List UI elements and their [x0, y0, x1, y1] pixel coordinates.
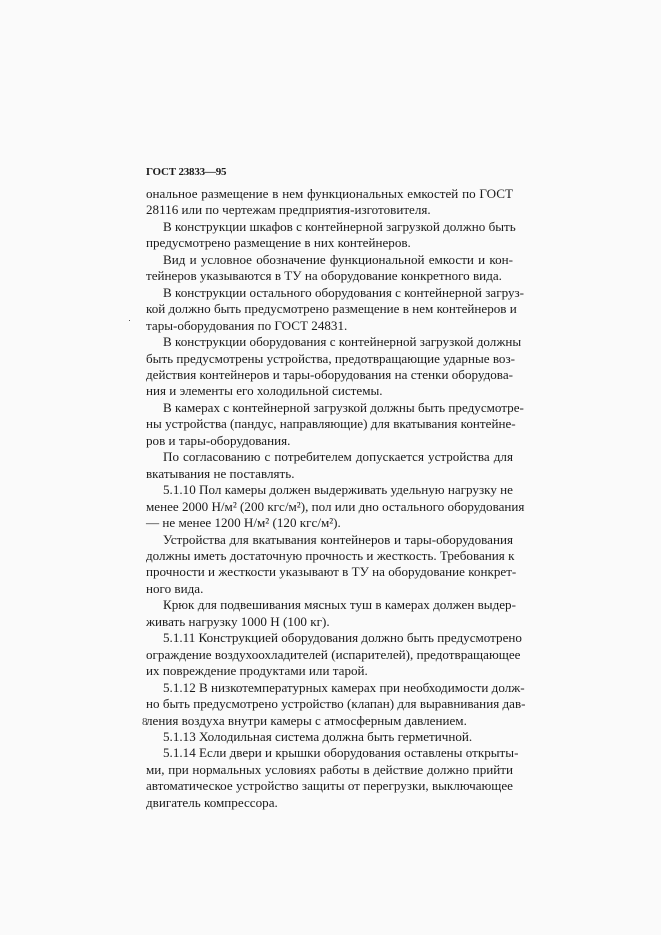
- text-line: менее 2000 Н/м² (200 кгс/м²), пол или дн…: [146, 499, 513, 515]
- text-line: 5.1.14 Если двери и крышки оборудования …: [146, 745, 513, 761]
- text-line: В камерах с контейнерной загрузкой должн…: [146, 400, 513, 416]
- text-line: ления воздуха внутри камеры с атмосферны…: [146, 713, 513, 729]
- text-line: живать нагрузку 1000 Н (100 кг).: [146, 614, 513, 630]
- document-page: ГОСТ 23833—95 ональное размещение в нем …: [0, 0, 661, 935]
- page-number: 8: [142, 716, 148, 728]
- text-line: 5.1.12 В низкотемпературных камерах при …: [146, 680, 513, 696]
- text-line: ного вида.: [146, 581, 513, 597]
- text-line: прочности и жесткости указывают в ТУ на …: [146, 564, 513, 580]
- text-line: По согласованию с потребителем допускает…: [146, 449, 513, 465]
- text-line: кой должно быть предусмотрено размещение…: [146, 301, 513, 317]
- text-line: но быть предусмотрено устройство (клапан…: [146, 696, 513, 712]
- text-line: — не менее 1200 Н/м² (120 кгс/м²).: [146, 515, 513, 531]
- text-line: тары-оборудования по ГОСТ 24831.: [146, 318, 513, 334]
- text-line: ональное размещение в нем функциональных…: [146, 186, 513, 202]
- text-line: действия контейнеров и тары-оборудования…: [146, 367, 513, 383]
- text-line: ми, при нормальных условиях работы в дей…: [146, 762, 513, 778]
- text-line: быть предусмотрены устройства, предотвра…: [146, 351, 513, 367]
- body-text: ональное размещение в нем функциональных…: [146, 186, 513, 811]
- text-line: 5.1.13 Холодильная система должна быть г…: [146, 729, 513, 745]
- text-line: ны устройства (пандус, направляющие) для…: [146, 416, 513, 432]
- text-line: Устройства для вкатывания контейнеров и …: [146, 532, 513, 548]
- text-line: Вид и условное обозначение функционально…: [146, 252, 513, 268]
- text-line: автоматическое устройство защиты от пере…: [146, 778, 513, 794]
- text-line: 5.1.11 Конструкцией оборудования должно …: [146, 630, 513, 646]
- text-line: двигатель компрессора.: [146, 795, 513, 811]
- text-line: ров и тары-оборудования.: [146, 433, 513, 449]
- text-line: ограждение воздухоохладителей (испарител…: [146, 647, 513, 663]
- text-line: предусмотрено размещение в них контейнер…: [146, 235, 513, 251]
- scan-artifact-dot: [129, 320, 130, 321]
- text-line: тейнеров указываются в ТУ на оборудовани…: [146, 268, 513, 284]
- text-line: В конструкции остального оборудования с …: [146, 285, 513, 301]
- text-line: должны иметь достаточную прочность и жес…: [146, 548, 513, 564]
- document-header: ГОСТ 23833—95: [146, 166, 226, 178]
- text-line: 28116 или по чертежам предприятия-изгото…: [146, 202, 513, 218]
- text-line: вкатывания не поставлять.: [146, 466, 513, 482]
- text-line: Крюк для подвешивания мясных туш в камер…: [146, 597, 513, 613]
- text-line: В конструкции оборудования с контейнерно…: [146, 334, 513, 350]
- text-line: В конструкции шкафов с контейнерной загр…: [146, 219, 513, 235]
- text-line: их повреждение продуктами или тарой.: [146, 663, 513, 679]
- text-line: 5.1.10 Пол камеры должен выдерживать уде…: [146, 482, 513, 498]
- text-line: ния и элементы его холодильной системы.: [146, 383, 513, 399]
